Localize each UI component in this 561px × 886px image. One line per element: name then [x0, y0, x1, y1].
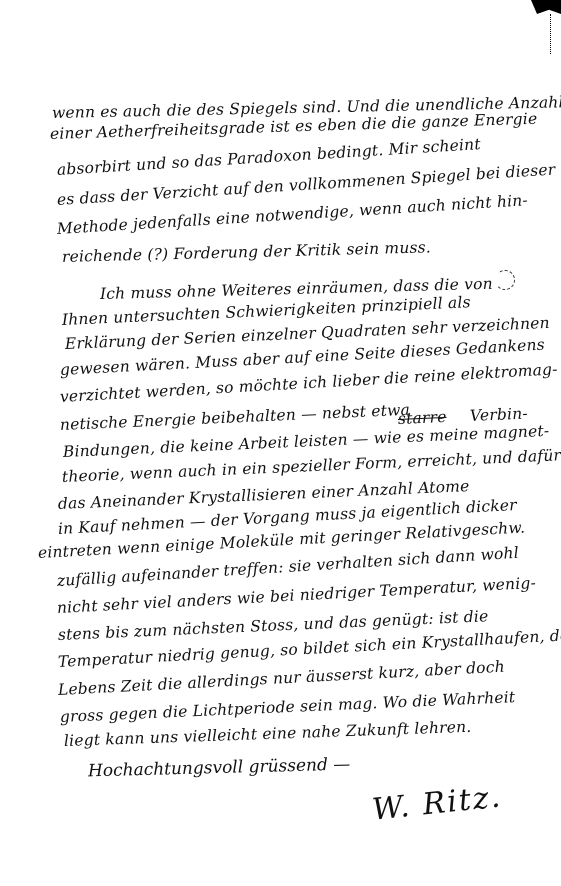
scan-corner-artifact — [531, 0, 561, 14]
margin-pencil-mark — [495, 270, 515, 290]
struck-out-word: starre — [398, 410, 447, 428]
letter-page: wenn es auch die des Spiegels sind. Und … — [0, 0, 561, 886]
hyphenated-word: Verbin- — [470, 406, 528, 424]
closing-salutation: Hochachtungsvoll grüssend — — [88, 755, 351, 782]
signature: W. Ritz. — [371, 779, 504, 827]
letter-line: liegt kann uns vielleicht eine nahe Zuku… — [64, 720, 472, 750]
scan-speck-artifact — [550, 14, 553, 54]
letter-line: reichende (?) Forderung der Kritik sein … — [62, 240, 431, 265]
letter-line: netische Energie beibehalten — nebst etw… — [60, 403, 411, 434]
